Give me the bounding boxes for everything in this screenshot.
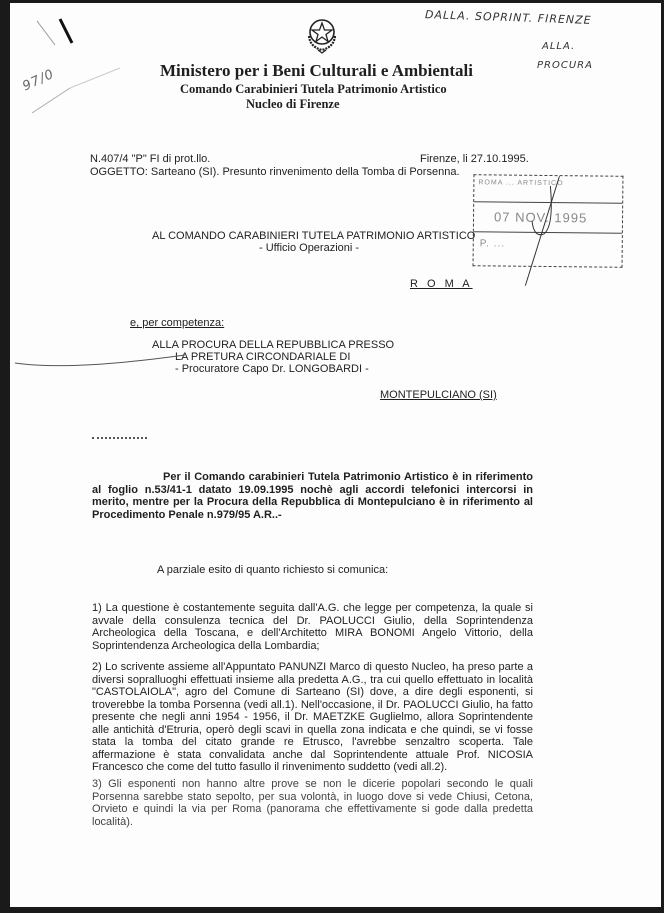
recipient1-line2: - Ufficio Operazioni - bbox=[259, 242, 359, 255]
place-date: Firenze, li 27.10.1995. bbox=[420, 153, 529, 166]
ministry-title: Ministero per i Beni Culturali e Ambient… bbox=[160, 61, 473, 81]
protocol-number: N.407/4 "P" FI di prot.llo. bbox=[90, 153, 210, 166]
handwritten-note-line3: PROCURA bbox=[537, 60, 593, 71]
pen-line bbox=[10, 343, 410, 383]
scanned-document-page: Ministero per i Beni Culturali e Ambient… bbox=[10, 3, 661, 907]
communication-line: A parziale esito di quanto richiesto si … bbox=[157, 564, 388, 577]
point-2: 2) Lo scrivente assieme all'Appuntato PA… bbox=[92, 661, 533, 774]
competence-label: e, per competenza: bbox=[130, 317, 224, 330]
subject-line: OGGETTO: Sarteano (SI). Presunto rinveni… bbox=[90, 166, 460, 179]
point-3: 3) Gli esponenti non hanno altre prove s… bbox=[92, 778, 533, 828]
received-stamp: ROMA ... ARTISTICO 07 NOV. 1995 P. ... bbox=[473, 174, 624, 268]
handwritten-note-line1: DALLA. SOPRINT. FIRENZE bbox=[425, 8, 592, 27]
recipient1-line1: AL COMANDO CARABINIERI TUTELA PATRIMONIO… bbox=[152, 230, 475, 243]
separator-marks bbox=[92, 437, 147, 439]
pen-marks bbox=[10, 3, 170, 133]
handwritten-note-line2: ALLA. bbox=[542, 41, 575, 52]
command-subtitle: Comando Carabinieri Tutela Patrimonio Ar… bbox=[180, 82, 447, 97]
stamp-footer: P. ... bbox=[480, 238, 505, 249]
emblem-icon bbox=[304, 14, 340, 54]
recipient2-city: MONTEPULCIANO (SI) bbox=[380, 389, 497, 402]
unit-subtitle: Nucleo di Firenze bbox=[246, 97, 340, 112]
recipient1-city: R O M A bbox=[410, 278, 473, 291]
intro-paragraph: Per il Comando carabinieri Tutela Patrim… bbox=[92, 471, 533, 521]
point-1: 1) La questione è costantemente seguita … bbox=[92, 602, 533, 652]
